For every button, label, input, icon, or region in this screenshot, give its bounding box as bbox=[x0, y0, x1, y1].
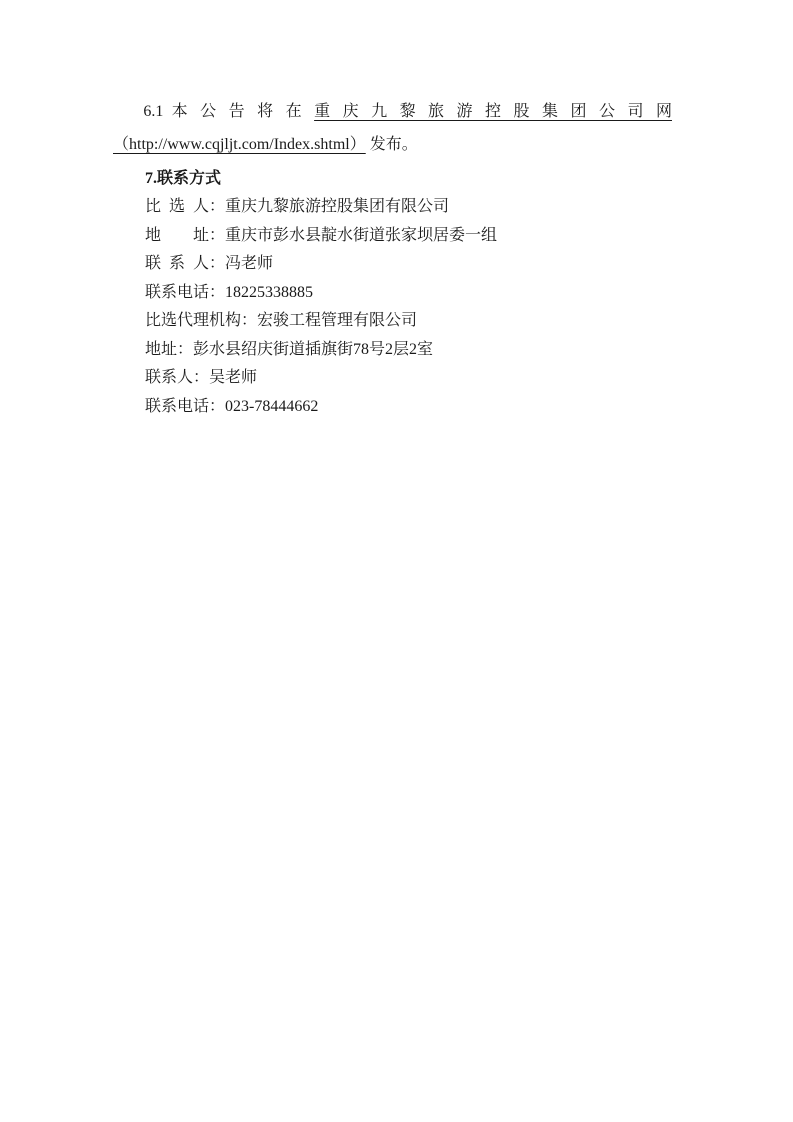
colon: ： bbox=[209, 198, 225, 215]
publication-line-2: （http://www.cqjljt.com/Index.shtml） 发布。 bbox=[113, 128, 672, 161]
contact-label: 比选代理机构 bbox=[145, 307, 241, 336]
contact-value: 宏骏工程管理有限公司 bbox=[257, 312, 417, 329]
contact-row-bidder-address: 地址：重庆市彭水县靛水街道张家坝居委一组 bbox=[113, 222, 672, 251]
contact-label: 联系电话 bbox=[145, 279, 209, 308]
colon: ： bbox=[241, 312, 257, 329]
contact-label: 比选人 bbox=[145, 193, 209, 222]
contact-label: 联系人 bbox=[145, 250, 209, 279]
contact-value: 彭水县绍庆街道插旗街78号2层2室 bbox=[193, 341, 433, 358]
contact-row-agency-address: 地址：彭水县绍庆街道插旗街78号2层2室 bbox=[113, 336, 672, 365]
contact-value: 18225338885 bbox=[225, 284, 313, 301]
contact-row-agency: 比选代理机构：宏骏工程管理有限公司 bbox=[113, 307, 672, 336]
website-url[interactable]: （http://www.cqjljt.com/Index.shtml） bbox=[113, 136, 366, 153]
contact-row-bidder-phone: 联系电话：18225338885 bbox=[113, 279, 672, 308]
contact-value: 冯老师 bbox=[225, 255, 273, 272]
contact-label: 地址 bbox=[145, 336, 177, 365]
colon: ： bbox=[209, 284, 225, 301]
contact-row-bidder: 比选人：重庆九黎旅游控股集团有限公司 bbox=[113, 193, 672, 222]
contact-value: 吴老师 bbox=[209, 369, 257, 386]
website-name-underlined: 重 庆 九 黎 旅 游 控 股 集 团 公 司 网 bbox=[314, 103, 672, 120]
document-page: 6.1 本 公 告 将 在 重 庆 九 黎 旅 游 控 股 集 团 公 司 网 … bbox=[0, 0, 793, 1122]
contact-row-agency-phone: 联系电话：023-78444662 bbox=[113, 393, 672, 422]
publication-line-1: 6.1 本 公 告 将 在 重 庆 九 黎 旅 游 控 股 集 团 公 司 网 bbox=[113, 95, 672, 128]
contact-label: 地址 bbox=[145, 222, 209, 251]
publication-paragraph: 6.1 本 公 告 将 在 重 庆 九 黎 旅 游 控 股 集 团 公 司 网 … bbox=[113, 95, 672, 161]
contact-label: 联系电话 bbox=[145, 393, 209, 422]
colon: ： bbox=[193, 369, 209, 386]
publication-prefix-text: 6.1 本 公 告 将 在 bbox=[143, 103, 314, 120]
contact-row-agency-person: 联系人：吴老师 bbox=[113, 364, 672, 393]
colon: ： bbox=[209, 227, 225, 244]
colon: ： bbox=[209, 255, 225, 272]
contact-label: 联系人 bbox=[145, 364, 193, 393]
contact-value: 重庆市彭水县靛水街道张家坝居委一组 bbox=[225, 227, 497, 244]
contact-section-heading: 7.联系方式 bbox=[113, 165, 672, 193]
colon: ： bbox=[177, 341, 193, 358]
contact-value: 重庆九黎旅游控股集团有限公司 bbox=[225, 198, 449, 215]
colon: ： bbox=[209, 398, 225, 415]
contact-value: 023-78444662 bbox=[225, 398, 318, 415]
contact-row-bidder-person: 联系人：冯老师 bbox=[113, 250, 672, 279]
publication-suffix-text: 发布。 bbox=[366, 136, 418, 153]
